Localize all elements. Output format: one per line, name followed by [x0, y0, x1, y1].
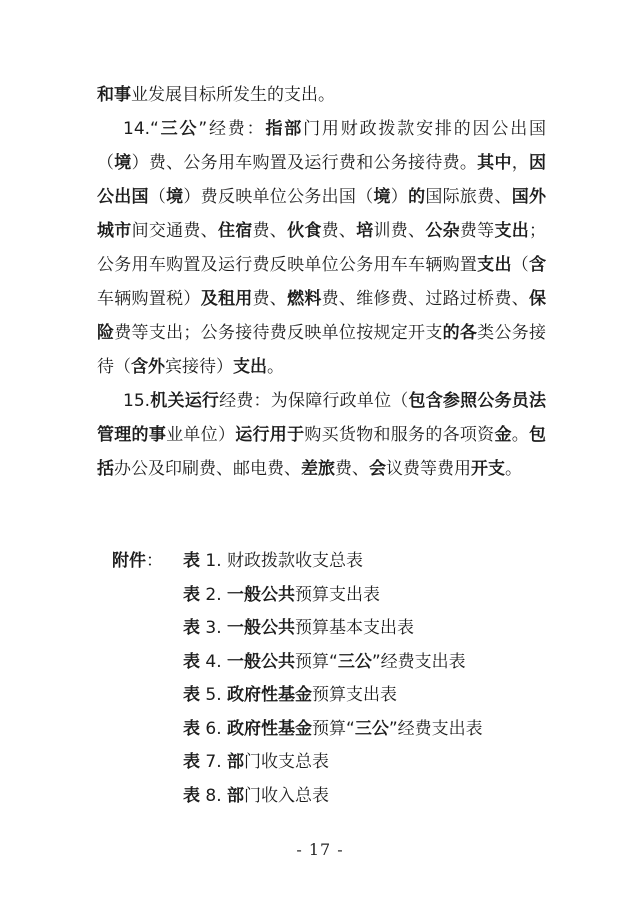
text-segment: 境: [166, 187, 183, 207]
text-segment: 公杂: [425, 221, 460, 241]
text-segment: 6.: [200, 719, 227, 739]
text-segment: 表: [183, 786, 200, 806]
attachment-item: 表 7. 部门收支总表: [183, 746, 483, 780]
text-segment: 的各: [443, 323, 478, 343]
text-segment: ）: [391, 187, 408, 207]
text-segment: 开支: [471, 459, 505, 479]
text-segment: 政府性基金: [227, 685, 312, 705]
text-segment: 费等支出；公务接待费反映单位按规定开支: [114, 323, 442, 343]
text-segment: 预算“: [312, 719, 355, 739]
text-segment: 费、: [253, 289, 288, 309]
text-segment: 费、: [322, 221, 357, 241]
text-segment: 表: [183, 752, 200, 772]
attachment-item: 表 4. 一般公共预算“三公”经费支出表: [183, 646, 483, 680]
text-segment: 预算基本支出表: [295, 618, 414, 638]
text-segment: 1. 财政拨款收支总表: [200, 551, 363, 571]
attachment-item: 表 1. 财政拨款收支总表: [183, 545, 483, 579]
text-segment: 三公: [355, 719, 389, 739]
text-segment: 三公: [338, 652, 372, 672]
text-segment: 4.: [200, 652, 227, 672]
text-segment: 费、: [335, 459, 369, 479]
text-segment: 训费、: [374, 221, 426, 241]
text-segment: 议费等费用: [386, 459, 471, 479]
text-segment: 含: [529, 255, 546, 275]
text-segment: 7.: [200, 752, 227, 772]
text-segment: 门收支总表: [244, 752, 329, 772]
text-segment: 支出: [477, 255, 512, 275]
text-segment: 支出: [494, 221, 529, 241]
text-segment: 含外: [131, 357, 165, 377]
para-item-14-sangong-expenses: 14.“三公”经费：指部门用财政拨款安排的因公出国（境）费、公务用车购置及运行费…: [97, 112, 546, 384]
document-body: 和事业发展目标所发生的支出。14.“三公”经费：指部门用财政拨款安排的因公出国（…: [97, 78, 546, 486]
attachment-list: 表 1. 财政拨款收支总表表 2. 一般公共预算支出表表 3. 一般公共预算基本…: [183, 545, 483, 813]
text-segment: 三公: [159, 119, 198, 139]
attachment-item: 表 3. 一般公共预算基本支出表: [183, 612, 483, 646]
text-segment: 表: [183, 618, 200, 638]
text-segment: 伙食: [287, 221, 322, 241]
page-number: - 17 -: [296, 840, 343, 859]
text-segment: 附件: [112, 551, 146, 571]
attachment-item: 表 5. 政府性基金预算支出表: [183, 679, 483, 713]
text-segment: 一般公共: [227, 652, 295, 672]
text-segment: 2.: [200, 585, 227, 605]
text-segment: 15.: [123, 391, 150, 411]
text-segment: 。: [512, 425, 529, 445]
text-segment: ：: [146, 551, 163, 571]
text-segment: 及租用: [201, 289, 253, 309]
text-segment: 培: [356, 221, 373, 241]
text-segment: 住宿: [218, 221, 253, 241]
text-segment: ”经费：: [198, 119, 265, 139]
para-continuation: 和事业发展目标所发生的支出。: [97, 78, 546, 112]
text-segment: 的: [408, 187, 425, 207]
text-segment: 预算“: [295, 652, 338, 672]
text-segment: 燃料: [287, 289, 322, 309]
text-segment: 境: [374, 187, 391, 207]
text-segment: 8.: [200, 786, 227, 806]
text-segment: 政府性基金: [227, 719, 312, 739]
text-segment: （: [512, 255, 529, 275]
text-segment: 业发展目标所发生的支出。: [131, 85, 335, 105]
text-segment: 。: [505, 459, 522, 479]
text-segment: 部: [227, 786, 244, 806]
para-item-15-agency-operating-funds: 15.机关运行经费：为保障行政单位（包含参照公务员法管理的事业单位）运行用于购买…: [97, 384, 546, 486]
text-segment: 表: [183, 685, 200, 705]
text-segment: 运行用于: [235, 425, 304, 445]
text-segment: 购买货物和服务的各项资: [304, 425, 494, 445]
text-segment: 费等: [460, 221, 495, 241]
text-segment: 预算支出表: [295, 585, 380, 605]
text-segment: 费、: [253, 221, 288, 241]
text-segment: 表: [183, 551, 200, 571]
text-segment: ，: [512, 153, 529, 173]
text-segment: 间交通费、: [132, 221, 218, 241]
text-segment: 表: [183, 585, 200, 605]
text-segment: 经费：为保障行政单位（: [219, 391, 408, 411]
text-segment: 部: [227, 752, 244, 772]
text-segment: 表: [183, 719, 200, 739]
text-segment: 宾接待）: [165, 357, 233, 377]
document-page: 和事业发展目标所发生的支出。14.“三公”经费：指部门用财政拨款安排的因公出国（…: [0, 0, 640, 906]
text-segment: 境: [114, 153, 131, 173]
text-segment: 差旅: [301, 459, 335, 479]
text-segment: 14.“: [123, 119, 159, 139]
text-segment: 费、维修费、过路过桥费、: [322, 289, 529, 309]
text-segment: 。: [267, 357, 284, 377]
text-segment: 3.: [200, 618, 227, 638]
text-segment: 业单位）: [166, 425, 235, 445]
attachment-item: 表 6. 政府性基金预算“三公”经费支出表: [183, 713, 483, 747]
text-segment: ）费反映单位公务出国（: [183, 187, 373, 207]
text-segment: 表: [183, 652, 200, 672]
text-segment: 车辆购置税）: [97, 289, 201, 309]
text-segment: 一般公共: [227, 618, 295, 638]
attachment-section: 附件： 表 1. 财政拨款收支总表表 2. 一般公共预算支出表表 3. 一般公共…: [112, 545, 483, 813]
text-segment: 其中: [477, 153, 512, 173]
attachment-item: 表 8. 部门收入总表: [183, 780, 483, 814]
text-segment: ”经费支出表: [372, 652, 466, 672]
text-segment: 和事: [97, 85, 131, 105]
text-segment: ”经费支出表: [389, 719, 483, 739]
text-segment: 支出: [233, 357, 267, 377]
text-segment: 一般公共: [227, 585, 295, 605]
text-segment: 会: [369, 459, 386, 479]
text-segment: （: [149, 187, 166, 207]
text-segment: 金: [494, 425, 511, 445]
text-segment: ）费、公务用车购置及运行费和公务接待费。: [132, 153, 478, 173]
text-segment: 指部: [265, 119, 303, 139]
page-footer: - 17 -: [0, 840, 640, 859]
text-segment: 5.: [200, 685, 227, 705]
text-segment: 门收入总表: [244, 786, 329, 806]
text-segment: 办公及印刷费、邮电费、: [114, 459, 301, 479]
attachment-label: 附件：: [112, 545, 183, 579]
text-segment: 机关运行: [150, 391, 219, 411]
attachment-item: 表 2. 一般公共预算支出表: [183, 579, 483, 613]
text-segment: 预算支出表: [312, 685, 397, 705]
text-segment: 国际旅费、: [425, 187, 511, 207]
